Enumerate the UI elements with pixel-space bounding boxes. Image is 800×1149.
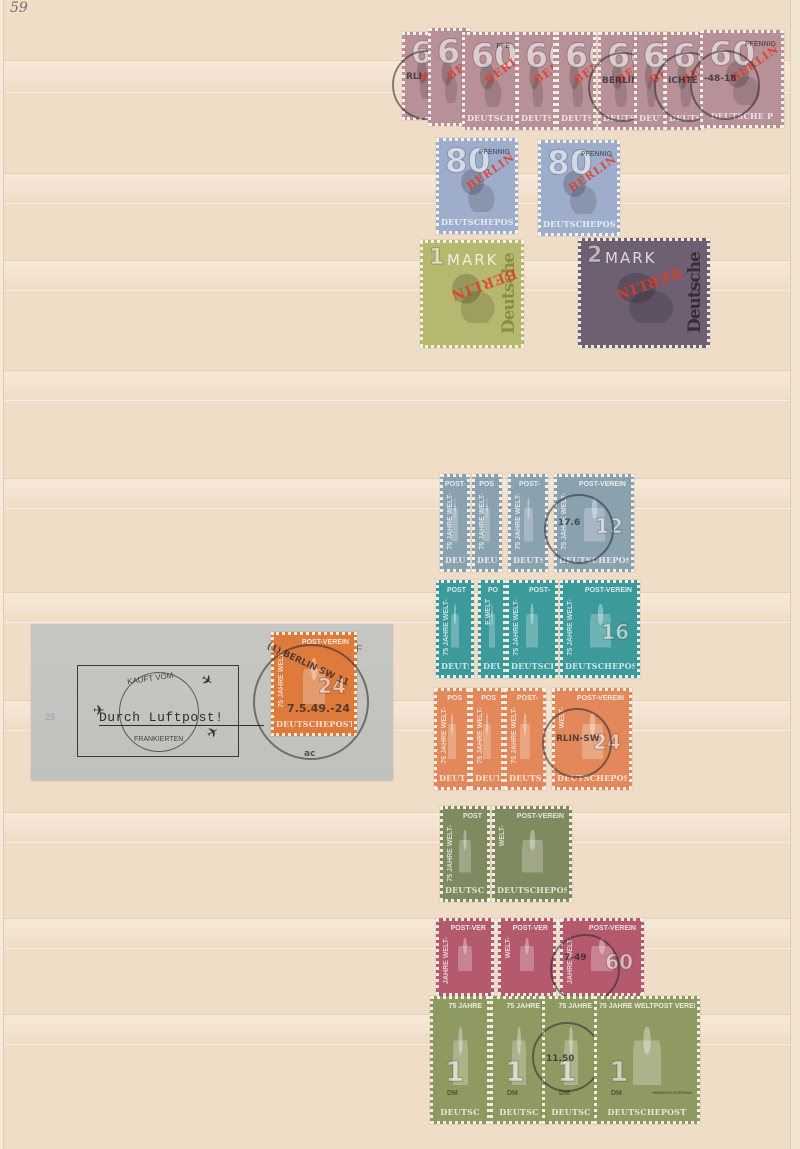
cover-piece[interactable]: 29 F KAUFT VOM FRANKIERTEN Durch Luftpos…: [31, 624, 393, 780]
upu-label: POST-: [509, 695, 541, 702]
anniversary-label: 75 JAHRE WELT-: [513, 599, 520, 656]
strip: [4, 370, 790, 400]
stamp-design: 60DEUTSBERLIN: [669, 37, 699, 125]
upu-label: POS: [477, 481, 497, 488]
stamp[interactable]: 2MARKDeutsche PostBERLIN: [578, 238, 710, 348]
upu-label: POST-: [513, 481, 543, 488]
strip: [4, 173, 790, 203]
country-label: DEUTS: [639, 113, 661, 123]
upu-label: POST: [445, 813, 485, 820]
stamp-design: 80PFENNIGDEUTSCHEPOSTBERLIN: [441, 143, 513, 229]
stamp-design: 60PFEDEUTSCHEBERLIN: [467, 37, 513, 125]
anniversary-label: 75 JAHRE WELT-: [477, 707, 484, 764]
stamp[interactable]: POST-VERWELT-: [498, 918, 556, 996]
stamp-value: 60: [605, 952, 633, 972]
country-label: DEUTSC: [509, 773, 541, 783]
stamp[interactable]: POST-VEREIN75 JAHRE WELT-12DEUTSCHEPOST: [554, 474, 634, 572]
stamp[interactable]: POS75 JAHRE WELT-DEUT: [472, 474, 502, 572]
stephan-statue: [633, 1027, 662, 1095]
stephan-statue: [524, 498, 533, 549]
stamp-value: 24: [318, 676, 346, 696]
stephan-statue: [520, 938, 534, 977]
stamp[interactable]: POE WELTDEU: [478, 580, 506, 678]
stamp-design: POST-75 JAHRE WELT-DEUT: [445, 479, 465, 567]
stamp-design: POS75 JAHRE WELT-DEUTS: [439, 693, 465, 785]
currency-label: DM: [447, 1090, 458, 1097]
country-label-vertical: Deutsche Post: [499, 249, 517, 339]
stephan-statue: [451, 604, 459, 655]
country-label: DEUTSC: [547, 1107, 595, 1117]
stamp-value: 24: [593, 732, 621, 752]
anniversary-label: JAHRE WELT-: [443, 937, 450, 984]
stamp[interactable]: 75 JAHRE1DMDEUTSC: [430, 996, 490, 1124]
anniversary-label: WELT-: [499, 825, 506, 846]
pencil-note: 59: [10, 0, 28, 16]
stamp-design: 60DEUTSCBERLIN: [603, 37, 635, 125]
upu-label: POST-VEREIN: [276, 639, 352, 646]
country-label: DEUTSC: [521, 113, 551, 123]
stamp-design: 60DEUTSCBERLIN: [561, 37, 591, 125]
stock-page: 59 6BERLINRLI6BERLIN60PFEDEUTSCHEBERLIN6…: [0, 0, 800, 1149]
anniversary-label: WELT-: [559, 707, 566, 728]
stamp[interactable]: POST-VEREIN75 JAHRE WELT-16DEUTSCHEPOST: [560, 580, 640, 678]
country-label: DEUTSC: [435, 1107, 485, 1117]
country-label: DEU: [483, 661, 501, 671]
stamp-design: POS75 JAHRE WELT-DEUT: [477, 479, 497, 567]
anniversary-label: 75 JAHRE WELT-: [443, 599, 450, 656]
country-label: DEUTSC: [495, 1107, 543, 1117]
stamp[interactable]: 60DEUTSCBERLIN: [556, 32, 596, 130]
anniversary-label: 75 JAHRE WELT-: [515, 493, 522, 550]
upu-label: POST-VEREIN: [497, 813, 567, 820]
stamp-design: POST75 JAHRE WELT-DEUTSC: [441, 585, 469, 673]
country-label: DEUTSCHE P: [705, 111, 779, 121]
country-label: DEUTSCHEPOST: [599, 1107, 695, 1117]
anniversary-label: 75 JAHRE WELT-: [561, 493, 568, 550]
currency-label: MARK: [605, 249, 656, 267]
denomination-label: PFE: [496, 43, 510, 50]
upu-label: POS: [475, 695, 499, 702]
country-label: DEUTSCH: [445, 885, 485, 895]
stamp-design: POST-VEREINJAHRE WELT-60: [565, 923, 639, 991]
stamp[interactable]: 60DEUTSBERLIN: [664, 32, 704, 130]
postmark-code: ac: [304, 749, 315, 759]
upu-label: 75 JAHRE: [547, 1003, 595, 1010]
currency-label: DM: [507, 1090, 518, 1097]
stamp[interactable]: 60PFEDEUTSCHEBERLIN: [462, 32, 518, 130]
stamp[interactable]: POST-75 JAHRE WELT-DEUTSC: [504, 688, 546, 790]
stephan-statue: [526, 604, 539, 655]
stamp-design: POST-75 JAHRE WELT-DEUTSCHE: [511, 585, 553, 673]
anniversary-label: 75 JAHRE WELT-: [567, 599, 574, 656]
upu-label: POST: [441, 587, 469, 594]
stamp-design: 60PFENNIGDEUTSCHE PBERLIN: [705, 35, 779, 123]
stamp-design: POST-VERJAHRE WELT-: [441, 923, 489, 991]
anniversary-label: WELT-: [505, 937, 512, 958]
stamp-design: 75 JAHRE1DMDEUTSC: [547, 1001, 595, 1119]
stamp[interactable]: POST75 JAHRE WELT-DEUTSCH: [440, 806, 490, 902]
country-label: DEUTSCHEPOST: [441, 217, 513, 227]
upu-label: POST-VER: [503, 925, 551, 932]
stamp-design: 6BERLIN: [433, 33, 465, 121]
stamp-design: POST-VEREIN75 JAHRE WELT-16DEUTSCHEPOST: [565, 585, 635, 673]
stephan-statue: [448, 713, 456, 766]
upu-label: POST-VEREIN: [557, 695, 627, 702]
stamp[interactable]: POST-VEREINWELT-24DEUTSCHEPOST: [552, 688, 632, 790]
stamp-value: 12: [595, 516, 623, 536]
country-label: DEUTSC: [603, 113, 635, 123]
stamp-value: 1: [505, 1058, 524, 1086]
stamp-design: 60DEUTSCBERLIN: [521, 37, 551, 125]
upu-label: POS: [439, 695, 465, 702]
stamp-design: POST-75 JAHRE WELT-DEUTSC: [509, 693, 541, 785]
upu-label: POST-VEREIN: [559, 481, 629, 488]
country-label: DEUT: [475, 773, 499, 783]
currency-label: DM: [559, 1090, 570, 1097]
anniversary-label: JAHRE WELT-: [567, 937, 574, 984]
anniversary-label: 75 JAHRE WELT-: [479, 493, 486, 550]
country-label: DEUT: [445, 555, 465, 565]
stamp-design: POST-VEREIN75 JAHRE WELT-12DEUTSCHEPOST: [559, 479, 629, 567]
country-label: DEUT: [477, 555, 497, 565]
stephan-statue: [458, 938, 472, 977]
stephan-statue: [483, 713, 490, 766]
stamp-design: POST-75 JAHRE WELT-DEUTSC: [513, 479, 543, 567]
country-label: DEUTSCHE: [511, 661, 553, 671]
country-label: DEUTSC: [561, 113, 591, 123]
stamp[interactable]: 80PFENNIGDEUTSCHEPOSTBERLIN: [436, 138, 518, 234]
stamp[interactable]: POST-75 JAHRE WELT-DEUT: [440, 474, 470, 572]
strip: [4, 592, 790, 622]
currency-label: MARK: [447, 251, 498, 269]
anniversary-label: E WELT: [485, 599, 492, 625]
stamp-value: 1: [609, 1058, 628, 1086]
strip: [4, 812, 790, 842]
upu-label: POST-VER: [441, 925, 489, 932]
stamp[interactable]: 80PFENNIGDEUTSCHEPOSTBERLIN: [538, 140, 620, 236]
stamp[interactable]: POS75 JAHRE WELT-DEUT: [470, 688, 504, 790]
stamp-design: 75 JAHRE1DMDEUTSC: [495, 1001, 543, 1119]
stamp[interactable]: 75 JAHRE1DMDEUTSC: [490, 996, 548, 1124]
country-label: DEUTSC: [441, 661, 469, 671]
strip: [4, 918, 790, 948]
stamp-value: 1: [429, 247, 444, 269]
anniversary-label: 75 JAHRE WELT-: [511, 707, 518, 764]
stamp-value: 16: [601, 622, 629, 642]
anniversary-label: 75 JAHRE WELT-: [441, 707, 448, 764]
stamp-design: POST-VEREIN75 JAHRE WELT-24DEUTSCHEPOST: [276, 637, 352, 731]
country-label: DEUTSCHEPOST: [559, 555, 629, 565]
stamp[interactable]: POST-75 JAHRE WELT-DEUTSCHE: [506, 580, 558, 678]
upu-label: PO: [483, 587, 501, 594]
stamp[interactable]: POST-VEREINWELT-DEUTSCHEPOST: [492, 806, 572, 902]
stamp-value: 1: [445, 1058, 464, 1086]
upu-label: POST-VEREIN: [565, 925, 639, 932]
stamp-value: 2: [587, 245, 602, 267]
stamp[interactable]: 60DEUTSBERLIN: [634, 32, 666, 130]
stamp-design: POST-VEREINWELT-24DEUTSCHEPOST: [557, 693, 627, 785]
stephan-statue: [520, 713, 530, 766]
country-label: DEUTSCHE: [467, 113, 513, 123]
country-label: DEUTSCHEPOST: [276, 719, 352, 729]
stamp[interactable]: POST-VERJAHRE WELT-: [436, 918, 494, 996]
stamp[interactable]: 75 JAHRE1DMDEUTSC: [542, 996, 600, 1124]
stamp-design: 80PFENNIGDEUTSCHEPOSTBERLIN: [543, 145, 615, 231]
upu-label: POST-: [511, 587, 553, 594]
stamp-design: POS75 JAHRE WELT-DEUT: [475, 693, 499, 785]
stamp[interactable]: POS75 JAHRE WELT-DEUTS: [434, 688, 470, 790]
stamp[interactable]: 75 JAHRE WELTPOST VEREIN1DMHEINRICH STEP…: [594, 996, 700, 1124]
stamp-design: POST-VEREINWELT-DEUTSCHEPOST: [497, 811, 567, 897]
anniversary-label: 75 JAHRE WELT-: [447, 493, 454, 550]
upu-label: POST-: [445, 481, 465, 488]
side-mark: 29: [45, 712, 55, 722]
stamp[interactable]: POST-75 JAHRE WELT-DEUTSC: [508, 474, 548, 572]
country-label: DEUTSCHEPOST: [543, 219, 615, 229]
anniversary-label: 75 JAHRE WELT-: [447, 825, 454, 882]
stamp-design: 2MARKDeutsche PostBERLIN: [583, 243, 705, 343]
stamp[interactable]: 60PFENNIGDEUTSCHE PBERLIN: [700, 30, 784, 128]
stamp-design: POST75 JAHRE WELT-DEUTSCH: [445, 811, 485, 897]
stamp-design: 75 JAHRE WELTPOST VEREIN1DMHEINRICH STEP…: [599, 1001, 695, 1119]
stamp[interactable]: POST75 JAHRE WELT-DEUTSC: [436, 580, 474, 678]
stamp-design: 75 JAHRE1DMDEUTSC: [435, 1001, 485, 1119]
stamp[interactable]: POST-VEREIN75 JAHRE WELT-24DEUTSCHEPOST: [271, 632, 357, 736]
country-label: DEUTS: [669, 113, 699, 123]
portrait-caption: HEINRICH STEPHAN: [652, 1090, 692, 1095]
airmail-text: Durch Luftpost!: [99, 710, 264, 726]
upu-label: POST-VEREIN: [565, 587, 635, 594]
stamp[interactable]: 60DEUTSCBERLIN: [516, 32, 556, 130]
stamp-design: POE WELTDEU: [483, 585, 501, 673]
stamp-value: 1: [557, 1058, 576, 1086]
strip: [4, 478, 790, 508]
stamp-design: 60DEUTSBERLIN: [639, 37, 661, 125]
anniversary-label: 75 JAHRE WELT-: [278, 651, 285, 708]
stephan-statue: [522, 830, 543, 880]
page-right-edge: [790, 0, 800, 1149]
stamp[interactable]: POST-VEREINJAHRE WELT-60: [560, 918, 644, 996]
stamp[interactable]: 1MARKDeutsche PostBERLIN: [420, 240, 524, 348]
country-label: DEUTSCHEPOST: [565, 661, 635, 671]
country-label: DEUTSCHEPOST: [497, 885, 567, 895]
cachet-bottom-text: FRANKIERTEN: [134, 736, 183, 743]
upu-label: 75 JAHRE: [435, 1003, 485, 1010]
upu-label: 75 JAHRE WELTPOST VEREIN: [599, 1003, 695, 1010]
stamp-design: 1MARKDeutsche PostBERLIN: [425, 245, 519, 343]
upu-label: 75 JAHRE: [495, 1003, 543, 1010]
currency-label: DM: [611, 1090, 622, 1097]
stephan-statue: [459, 830, 471, 880]
stamp-design: POST-VERWELT-: [503, 923, 551, 991]
country-label-vertical: Deutsche Post: [685, 247, 703, 339]
country-label: DEUTSCHEPOST: [557, 773, 627, 783]
airplane-icon: ✈: [93, 702, 105, 719]
country-label: DEUTS: [439, 773, 465, 783]
country-label: DEUTSC: [513, 555, 543, 565]
